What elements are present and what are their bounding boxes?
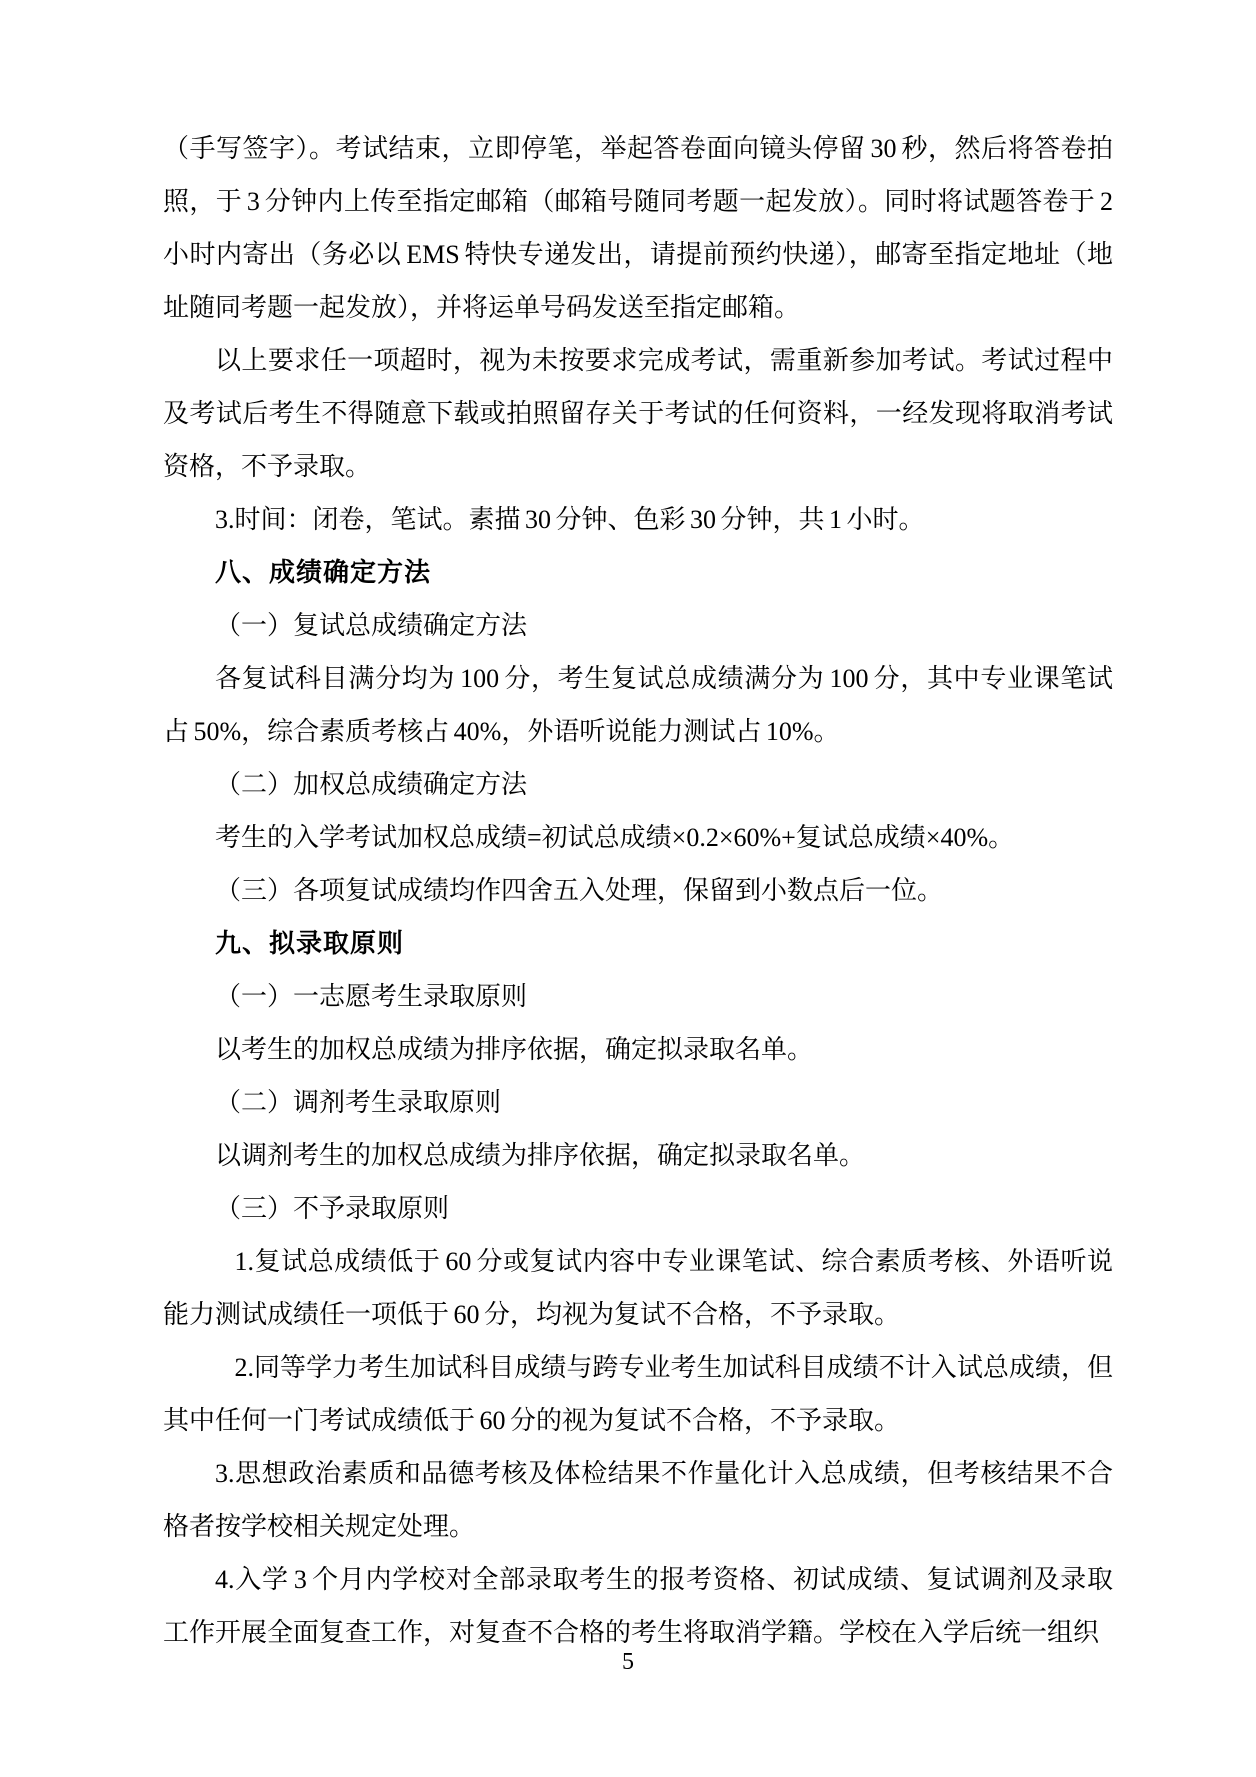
paragraph: （手写签字）。考试结束，立即停笔，举起答卷面向镜头停留 30 秒，然后将答卷拍照… xyxy=(163,122,1113,334)
page-number: 5 xyxy=(622,1649,634,1675)
paragraph: 以上要求任一项超时，视为未按要求完成考试，需重新参加考试。考试过程中及考试后考生… xyxy=(163,334,1113,493)
paragraph: 以考生的加权总成绩为排序依据，确定拟录取名单。 xyxy=(163,1023,1113,1076)
section-heading: 八、成绩确定方法 xyxy=(163,546,1113,599)
paragraph: （三）各项复试成绩均作四舍五入处理，保留到小数点后一位。 xyxy=(163,864,1113,917)
paragraph: （二）加权总成绩确定方法 xyxy=(163,758,1113,811)
section-heading: 九、拟录取原则 xyxy=(163,917,1113,970)
page-footer: 5 xyxy=(0,1648,1256,1676)
document-page: （手写签字）。考试结束，立即停笔，举起答卷面向镜头停留 30 秒，然后将答卷拍照… xyxy=(0,0,1256,1777)
list-item-paragraph: 2.同等学力考生加试科目成绩与跨专业考生加试科目成绩不计入试总成绩，但其中任何一… xyxy=(163,1341,1113,1447)
paragraph: 各复试科目满分均为 100 分，考生复试总成绩满分为 100 分，其中专业课笔试… xyxy=(163,652,1113,758)
list-item-paragraph: 1.复试总成绩低于 60 分或复试内容中专业课笔试、综合素质考核、外语听说能力测… xyxy=(163,1235,1113,1341)
paragraph: （三）不予录取原则 xyxy=(163,1182,1113,1235)
paragraph: 考生的入学考试加权总成绩=初试总成绩×0.2×60%+复试总成绩×40%。 xyxy=(163,811,1113,864)
paragraph: （一）一志愿考生录取原则 xyxy=(163,970,1113,1023)
paragraph: 4.入学 3 个月内学校对全部录取考生的报考资格、初试成绩、复试调剂及录取工作开… xyxy=(163,1553,1113,1659)
document-body: （手写签字）。考试结束，立即停笔，举起答卷面向镜头停留 30 秒，然后将答卷拍照… xyxy=(163,122,1113,1659)
paragraph: （二）调剂考生录取原则 xyxy=(163,1076,1113,1129)
paragraph: 3.时间：闭卷，笔试。素描 30 分钟、色彩 30 分钟，共 1 小时。 xyxy=(163,493,1113,546)
paragraph: （一）复试总成绩确定方法 xyxy=(163,599,1113,652)
paragraph: 3.思想政治素质和品德考核及体检结果不作量化计入总成绩，但考核结果不合格者按学校… xyxy=(163,1447,1113,1553)
paragraph: 以调剂考生的加权总成绩为排序依据，确定拟录取名单。 xyxy=(163,1129,1113,1182)
